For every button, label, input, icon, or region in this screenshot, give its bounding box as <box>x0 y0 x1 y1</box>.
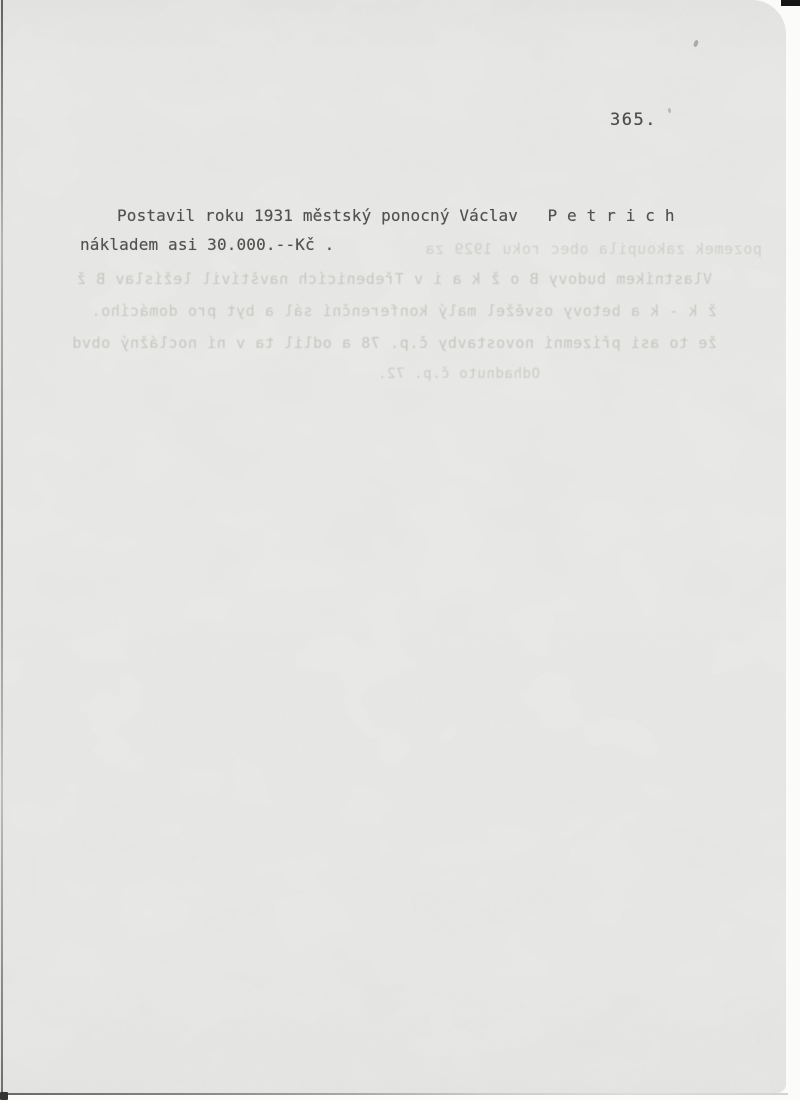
page-number: 365. <box>610 110 657 130</box>
scanned-document-page: 365. Postavil roku 1931 městský ponocný … <box>0 0 800 1100</box>
paper-sheet <box>0 0 786 1093</box>
scan-ink-blot-artifact <box>0 1092 8 1100</box>
paper-fiber-texture <box>0 0 786 1093</box>
typed-text-line: Postavil roku 1931 městský ponocný Václa… <box>117 206 675 225</box>
scan-corner-notch-artifact <box>781 0 800 6</box>
typed-text-line: nákladem asi 30.000.--Kč . <box>80 235 334 254</box>
scan-bottom-edge-artifact <box>0 1093 788 1095</box>
scan-left-edge-artifact <box>1 0 3 1095</box>
